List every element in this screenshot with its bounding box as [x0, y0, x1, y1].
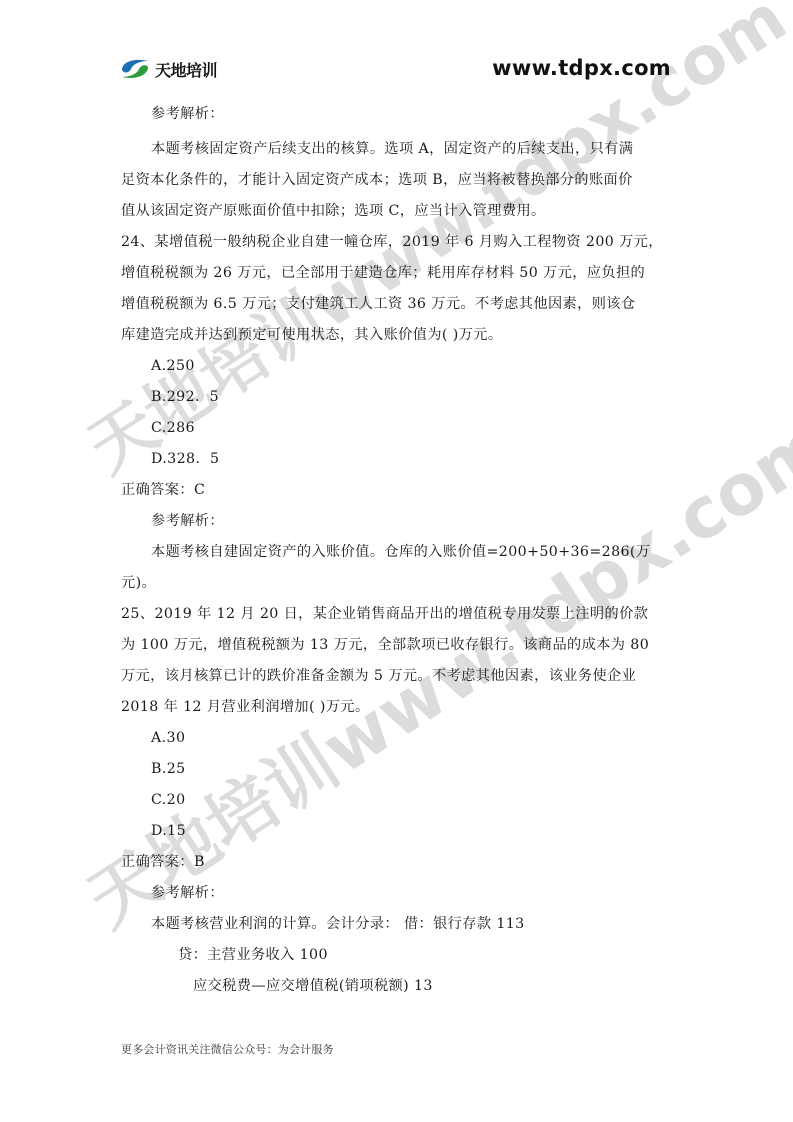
journal-entry-credit: 应交税费—应交增值税(销项税额) 13: [193, 976, 433, 996]
analysis-text: 本题考核固定资产后续支出的核算。选项 A，固定资产的后续支出，只有满: [151, 139, 633, 159]
question-25-text: 为 100 万元，增值税税额为 13 万元，全部款项已收存银行。该商品的成本为 …: [121, 635, 649, 655]
question-25-text: 万元，该月核算已计的跌价准备金额为 5 万元。不考虑其他因素，该业务使企业: [121, 666, 636, 686]
option-b: B.25: [151, 759, 186, 779]
option-d: D.328．5: [151, 449, 219, 469]
option-b: B.292．5: [151, 387, 219, 407]
option-c: C.20: [151, 790, 186, 810]
analysis-label: 参考解析：: [151, 511, 224, 531]
option-c: C.286: [151, 418, 195, 438]
analysis-label: 参考解析：: [151, 104, 224, 124]
footer-note: 更多会计资讯关注微信公众号：为会计服务: [121, 1041, 334, 1057]
question-24-text: 增值税税额为 26 万元，已全部用于建造仓库；耗用库存材料 50 万元，应负担的: [121, 263, 645, 283]
document-page: 天地培训www.tdpx.com 天地培训www.tdpx.com 天地培训 w…: [0, 0, 793, 1122]
question-24-text: 24、某增值税一般纳税企业自建一幢仓库，2019 年 6 月购入工程物资 200…: [121, 232, 663, 252]
analysis-label: 参考解析：: [151, 883, 224, 903]
option-d: D.15: [151, 821, 186, 841]
analysis-text: 本题考核自建固定资产的入账价值。仓库的入账价值=200+50+36=286(万: [151, 542, 650, 562]
option-a: A.30: [151, 728, 185, 748]
question-25-text: 2018 年 12 月营业利润增加( )万元。: [121, 697, 370, 717]
journal-entry-credit: 贷：主营业务收入 100: [178, 945, 328, 965]
question-24-text: 库建造完成并达到预定可使用状态，其入账价值为( )万元。: [121, 325, 502, 345]
correct-answer: 正确答案：C: [121, 480, 205, 500]
question-24-text: 增值税税额为 6.5 万元；支付建筑工人工资 36 万元。不考虑其他因素，则该仓: [121, 294, 635, 314]
correct-answer: 正确答案：B: [121, 852, 205, 872]
site-url: www.tdpx.com: [492, 56, 671, 80]
logo-swoosh-icon: [118, 57, 152, 81]
analysis-text: 值从该固定资产原账面价值中扣除；选项 C，应当计入管理费用。: [121, 201, 546, 221]
brand-logo: 天地培训: [118, 56, 217, 82]
logo-text: 天地培训: [155, 58, 217, 81]
analysis-text: 元)。: [121, 573, 156, 593]
analysis-text: 足资本化条件的，才能计入固定资产成本；选项 B，应当将被替换部分的账面价: [121, 170, 633, 190]
question-25-text: 25、2019 年 12 月 20 日，某企业销售商品开出的增值税专用发票上注明…: [121, 604, 648, 624]
analysis-text: 本题考核营业利润的计算。会计分录： 借：银行存款 113: [151, 914, 525, 934]
option-a: A.250: [151, 356, 195, 376]
